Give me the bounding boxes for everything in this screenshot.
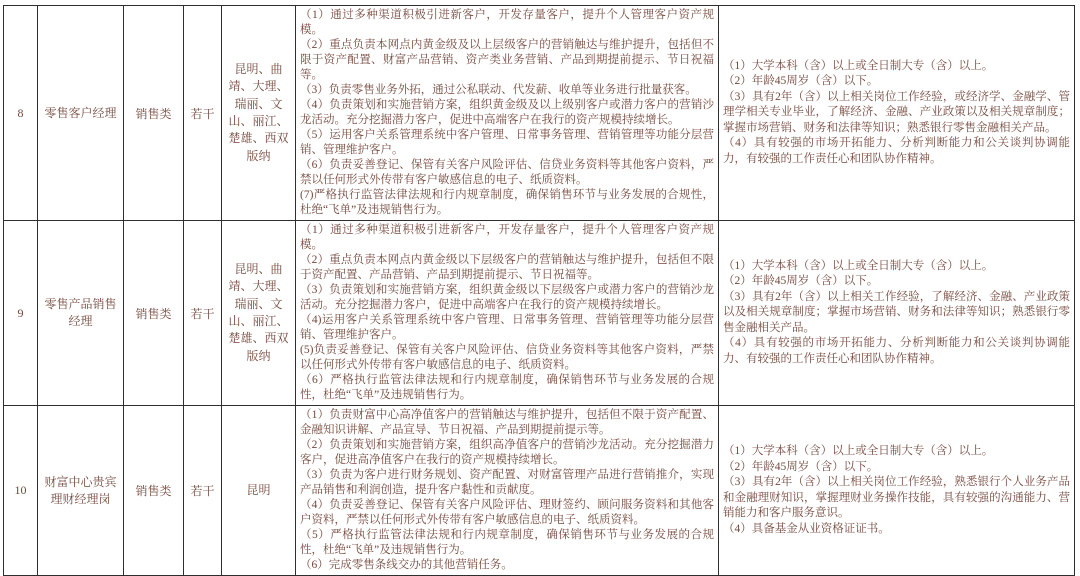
text-line: （1）负责财富中心高净值客户的营销触达与维护提升，包括但不限于资产配置、金融知识… <box>300 408 714 438</box>
category-cell: 销售类 <box>124 406 184 502</box>
text-line: （4）具有较强的市场开拓能力、分析判断能力和公关谈判协调能力，有较强的工作责任心… <box>723 136 1070 167</box>
text-line: （2）年龄45周岁（含）以下。 <box>723 74 1070 90</box>
text-line: （3）负责策划和实施营销方案，组织黄金级以下层级客户或潜力客户的营销沙龙活动。充… <box>300 283 714 313</box>
text-line: （4)运用客户关系管理系统中客户管理、日常事务管理、营销管理等功能分层营销、管理… <box>300 313 714 343</box>
text-line: （4）负责策划和实施营销方案，组织黄金级及以上级别客户或潜力客户的营销沙龙活动。… <box>300 98 714 128</box>
duties-cell: （1）通过多种渠道积极引进新客户，开发存量客户，提升个人管理客户资产规模。（2）… <box>296 6 719 221</box>
position-name-cell: 财富中心贵宾理财经理岗 <box>38 406 124 502</box>
job-positions-table: 8 零售客户经理 销售类 若干 昆明、曲靖、大理、瑞丽、文山、丽江、楚雄、西双版… <box>3 5 1075 501</box>
text-line: （3）具有2年（含）以上相关岗位工作经验，或经济学、金融学、管理学相关专业毕业，… <box>723 90 1070 137</box>
location-cell: 昆明、曲靖、大理、瑞丽、文山、丽江、楚雄、西双版纳 <box>222 221 296 406</box>
row-number-cell: 10 <box>4 406 38 502</box>
text-line: （2）年龄45周岁（含）以下。 <box>723 460 1070 476</box>
text-line: （5）运用客户关系管理系统中客户管理、日常事务管理、营销管理等功能分层营销、管理… <box>300 128 714 158</box>
table-row: 9 零售产品销售经理 销售类 若干 昆明、曲靖、大理、瑞丽、文山、丽江、楚雄、西… <box>4 221 1075 406</box>
text-line: （3）具有2年（含）以上相关岗位工作经验，熟悉银行个人业务产品和金融理财知识，掌… <box>723 475 1070 501</box>
text-line: （1）大学本科（含）以上或全日制大专（含）以上。 <box>723 444 1070 460</box>
headcount-cell: 若干 <box>184 6 222 221</box>
position-name-cell: 零售客户经理 <box>38 6 124 221</box>
headcount-cell: 若干 <box>184 406 222 502</box>
category-cell: 销售类 <box>124 6 184 221</box>
duties-cell: （1）通过多种渠道积极引进新客户，开发存量客户，提升个人管理客户资产规模。（2）… <box>296 221 719 406</box>
text-line: （2）重点负责本网点内黄金级及以上层级客户的营销触达与维护提升，包括但不限于资产… <box>300 38 714 83</box>
text-line: （1）大学本科（含）以上或全日制大专（含）以上。 <box>723 59 1070 75</box>
text-line: (5)负责妥善登记、保管有关客户风险评估、信贷业务资料等其他客户资料，严禁以任何… <box>300 343 714 373</box>
table-row: 10 财富中心贵宾理财经理岗 销售类 若干 昆明 （1）负责财富中心高净值客户的… <box>4 406 1075 502</box>
text-line: （1）大学本科（含）以上或全日制大专（含）以上。 <box>723 259 1070 275</box>
requirements-cell: （1）大学本科（含）以上或全日制大专（含）以上。（2）年龄45周岁（含）以下。（… <box>719 221 1075 406</box>
text-line: （2）年龄45周岁（含）以下。 <box>723 274 1070 290</box>
text-line: (7)严格执行监管法律法规和行内规章制度，确保销售环节与业务发展的合规性，杜绝“… <box>300 188 714 218</box>
text-line: （4）具有较强的市场开拓能力、分析判断能力和公关谈判协调能力、有较强的工作责任心… <box>723 336 1070 367</box>
text-line: （1）通过多种渠道积极引进新客户，开发存量客户，提升个人管理客户资产规模。 <box>300 8 714 38</box>
text-line: （2）负责策划和实施营销方案，组织高净值客户的营销沙龙活动。充分挖掘潜力客户，促… <box>300 438 714 468</box>
position-name-cell: 零售产品销售经理 <box>38 221 124 406</box>
text-line: （3）负责零售业务外拓，通过公私联动、代发薪、收单等业务进行批量获客。 <box>300 83 714 98</box>
text-line: （6）严格执行监管法律法规和行内规章制度，确保销售环节与业务发展的合规性，杜绝“… <box>300 373 714 403</box>
location-cell: 昆明、曲靖、大理、瑞丽、文山、丽江、楚雄、西双版纳 <box>222 6 296 221</box>
row-number-cell: 8 <box>4 6 38 221</box>
text-line: （2）重点负责本网点内黄金级以下层级客户的营销触达与维护提升，包括但不限于资产配… <box>300 253 714 283</box>
job-positions-table-wrap: 8 零售客户经理 销售类 若干 昆明、曲靖、大理、瑞丽、文山、丽江、楚雄、西双版… <box>3 5 1075 501</box>
text-line: （3）具有2年（含）以上相关工作经验，了解经济、金融、产业政策以及相关规章制度；… <box>723 290 1070 337</box>
text-line: （1）通过多种渠道积极引进新客户，开发存量客户，提升个人管理客户资产规模。 <box>300 223 714 253</box>
location-cell: 昆明 <box>222 406 296 502</box>
headcount-cell: 若干 <box>184 221 222 406</box>
row-number-cell: 9 <box>4 221 38 406</box>
text-line: （6）负责妥善登记、保管有关客户风险评估、信贷业务资料等其他客户资料，严禁以任何… <box>300 158 714 188</box>
text-line: （3）负责为客户进行财务规划、资产配置、对财富管理产品进行营销推介，实现产品销售… <box>300 468 714 498</box>
requirements-cell: （1）大学本科（含）以上或全日制大专（含）以上。（2）年龄45周岁（含）以下。（… <box>719 406 1075 502</box>
table-row: 8 零售客户经理 销售类 若干 昆明、曲靖、大理、瑞丽、文山、丽江、楚雄、西双版… <box>4 6 1075 221</box>
category-cell: 销售类 <box>124 221 184 406</box>
requirements-cell: （1）大学本科（含）以上或全日制大专（含）以上。（2）年龄45周岁（含）以下。（… <box>719 6 1075 221</box>
duties-cell: （1）负责财富中心高净值客户的营销触达与维护提升，包括但不限于资产配置、金融知识… <box>296 406 719 502</box>
